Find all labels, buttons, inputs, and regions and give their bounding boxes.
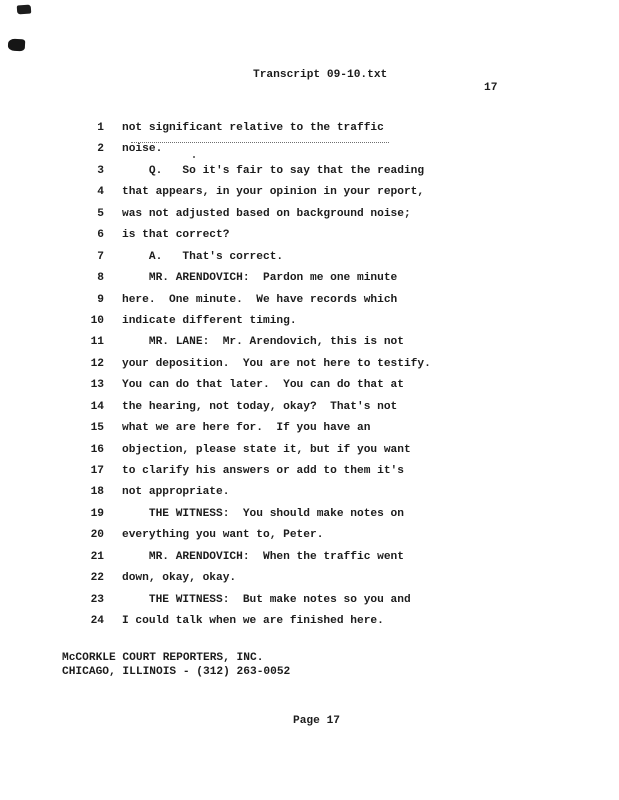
line-number: 15 [74,418,104,439]
line-number: 24 [74,611,104,632]
line-number: 7 [74,247,104,268]
transcript-line: 9here. One minute. We have records which [74,290,431,311]
line-number: 1 [74,118,104,139]
document-title: Transcript 09-10.txt [253,69,387,81]
transcript-line: 18not appropriate. [74,482,431,503]
line-number: 8 [74,268,104,289]
transcript-line: 8 MR. ARENDOVICH: Pardon me one minute [74,268,431,289]
line-text: MR. ARENDOVICH: When the traffic went [122,547,404,568]
transcript-line: 23 THE WITNESS: But make notes so you an… [74,590,431,611]
scan-artifact-dot [193,156,195,158]
transcript-line: 20everything you want to, Peter. [74,525,431,546]
line-number: 20 [74,525,104,546]
line-text: objection, please state it, but if you w… [122,440,411,461]
line-number: 10 [74,311,104,332]
line-text: what we are here for. If you have an [122,418,370,439]
transcript-line: 4that appears, in your opinion in your r… [74,182,431,203]
line-text: not appropriate. [122,482,229,503]
line-number: 18 [74,482,104,503]
scan-artifact-mark [17,5,32,15]
line-text: MR. ARENDOVICH: Pardon me one minute [122,268,397,289]
line-text: your deposition. You are not here to tes… [122,354,431,375]
transcript-line: 13You can do that later. You can do that… [74,375,431,396]
line-number: 3 [74,161,104,182]
transcript-line: 12your deposition. You are not here to t… [74,354,431,375]
line-number: 13 [74,375,104,396]
scan-artifact-dots [131,136,389,143]
transcript-line: 5was not adjusted based on background no… [74,204,431,225]
line-text: is that correct? [122,225,229,246]
line-text: to clarify his answers or add to them it… [122,461,404,482]
line-text: MR. LANE: Mr. Arendovich, this is not [122,332,404,353]
line-text: indicate different timing. [122,311,297,332]
line-number: 17 [74,461,104,482]
line-number: 21 [74,547,104,568]
line-text: I could talk when we are finished here. [122,611,384,632]
transcript-line: 6is that correct? [74,225,431,246]
line-number: 14 [74,397,104,418]
line-number: 9 [74,290,104,311]
line-number: 11 [74,332,104,353]
reporter-name: McCORKLE COURT REPORTERS, INC. [62,652,263,664]
line-number: 16 [74,440,104,461]
line-number: 23 [74,590,104,611]
line-text: that appears, in your opinion in your re… [122,182,424,203]
transcript-body: 1not significant relative to the traffic… [74,118,431,633]
line-number: 2 [74,139,104,160]
line-number: 19 [74,504,104,525]
page-number-top: 17 [484,82,497,94]
transcript-line: 24I could talk when we are finished here… [74,611,431,632]
line-text: A. That's correct. [122,247,283,268]
line-text: Q. So it's fair to say that the reading [122,161,424,182]
transcript-line: 11 MR. LANE: Mr. Arendovich, this is not [74,332,431,353]
line-text: You can do that later. You can do that a… [122,375,404,396]
line-text: was not adjusted based on background noi… [122,204,411,225]
transcript-line: 22down, okay, okay. [74,568,431,589]
transcript-line: 15what we are here for. If you have an [74,418,431,439]
reporter-footer: McCORKLE COURT REPORTERS, INC.CHICAGO, I… [62,652,290,679]
line-text: THE WITNESS: But make notes so you and [122,590,411,611]
transcript-line: 14the hearing, not today, okay? That's n… [74,397,431,418]
line-text: everything you want to, Peter. [122,525,323,546]
transcript-line: 19 THE WITNESS: You should make notes on [74,504,431,525]
transcript-line: 10indicate different timing. [74,311,431,332]
transcript-line: 21 MR. ARENDOVICH: When the traffic went [74,547,431,568]
transcript-line: 7 A. That's correct. [74,247,431,268]
transcript-line: 3 Q. So it's fair to say that the readin… [74,161,431,182]
line-number: 4 [74,182,104,203]
page-label-bottom: Page 17 [293,715,340,727]
line-text: down, okay, okay. [122,568,236,589]
line-number: 6 [74,225,104,246]
transcript-line: 16objection, please state it, but if you… [74,440,431,461]
line-number: 22 [74,568,104,589]
transcript-page: Transcript 09-10.txt 17 1not significant… [0,0,619,800]
line-text: here. One minute. We have records which [122,290,397,311]
line-text: the hearing, not today, okay? That's not [122,397,397,418]
scan-artifact-mark [8,39,26,52]
reporter-address: CHICAGO, ILLINOIS - (312) 263-0052 [62,666,290,678]
line-number: 12 [74,354,104,375]
line-number: 5 [74,204,104,225]
transcript-line: 17to clarify his answers or add to them … [74,461,431,482]
line-text: THE WITNESS: You should make notes on [122,504,404,525]
